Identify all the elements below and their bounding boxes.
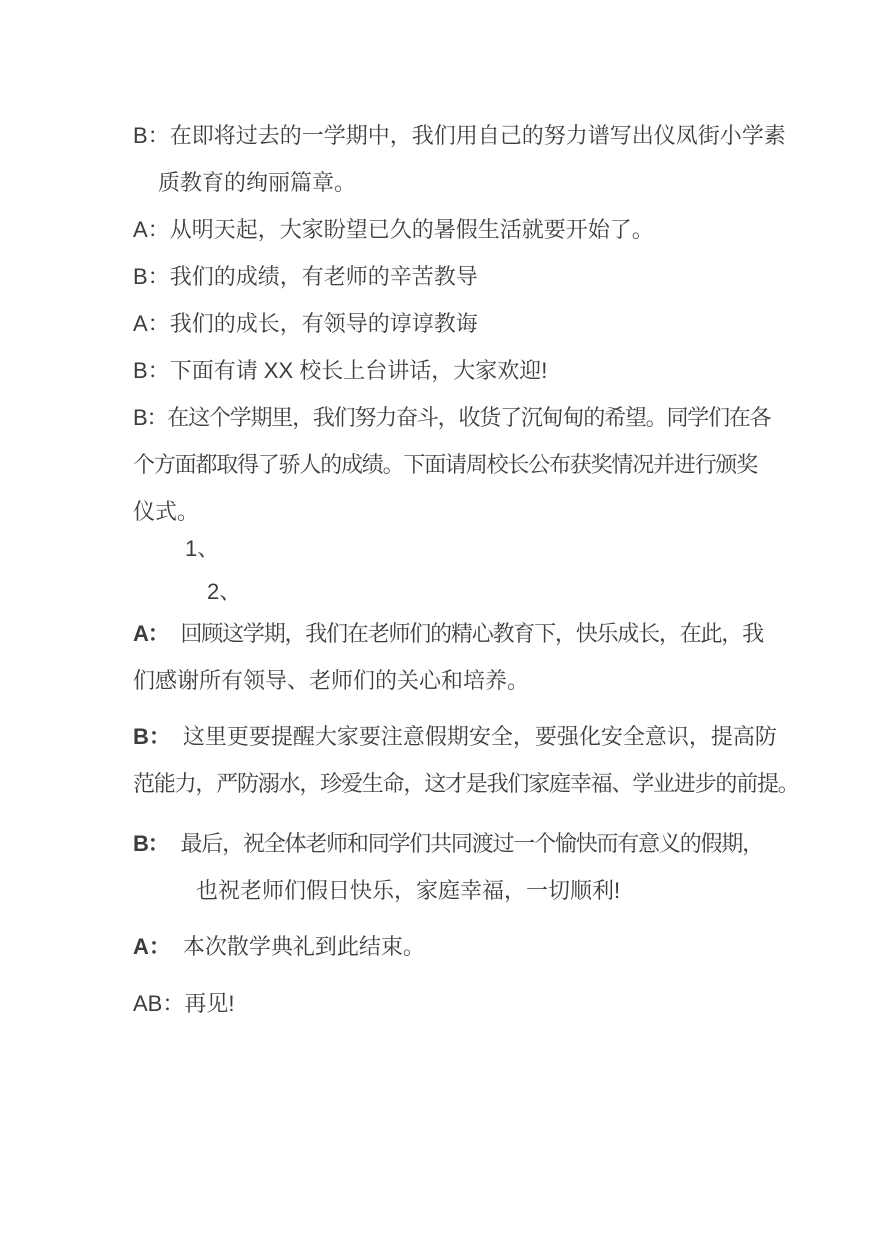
line-text: 仪式。 (133, 499, 199, 524)
speaker-label: B： (133, 123, 170, 148)
speaker-label: B： (133, 724, 171, 749)
script-line: B：下面有请 XX 校长上台讲话，大家欢迎! (133, 347, 773, 394)
line-text: 范能力，严防溺水，珍爱生命，这才是我们家庭幸福、学业进步的前提。 (133, 771, 799, 796)
speaker-label: B： (133, 264, 170, 289)
line-text: 从明天起，大家盼望已久的暑假生活就要开始了。 (170, 217, 654, 242)
script-text-block: B：在即将过去的一学期中，我们用自己的努力谱写出仪凤街小学素 质教育的绚丽篇章。… (133, 112, 773, 1027)
line-text: 最后，祝全体老师和同学们共同渡过一个愉快而有意义的假期， (181, 831, 763, 856)
line-text: 质教育的绚丽篇章。 (158, 170, 356, 195)
line-text: 这里更要提醒大家要注意假期安全，要强化安全意识，提高防 (183, 724, 777, 749)
line-text: 2、 (207, 579, 241, 604)
script-line: A：回顾这学期，我们在老师们的精心教育下，快乐成长，在此，我 (133, 610, 773, 657)
list-item-2: 2、 (133, 568, 773, 615)
script-line: 也祝老师们假日快乐，家庭幸福，一切顺利! (133, 867, 773, 914)
speaker-label: B： (133, 831, 169, 856)
script-line: A：从明天起，大家盼望已久的暑假生活就要开始了。 (133, 206, 773, 253)
line-text: 在这个学期里，我们努力奋斗，收货了沉甸甸的希望。同学们在各 (167, 405, 770, 430)
script-line: 个方面都取得了骄人的成绩。下面请周校长公布获奖情况并进行颁奖 (133, 441, 773, 488)
line-text: 我们的成绩，有老师的辛苦教导 (170, 264, 478, 289)
speaker-label: B： (133, 358, 170, 383)
line-text: 再见! (184, 991, 234, 1016)
line-text: 在即将过去的一学期中，我们用自己的努力谱写出仪凤街小学素 (170, 123, 786, 148)
line-text: 我们的成长，有领导的谆谆教诲 (170, 311, 478, 336)
line-text: 下面有请 XX 校长上台讲话，大家欢迎! (170, 358, 548, 383)
speaker-label: AB： (133, 991, 184, 1016)
script-line: A：我们的成长，有领导的谆谆教诲 (133, 300, 773, 347)
speaker-label: A： (133, 934, 171, 959)
script-line: B：最后，祝全体老师和同学们共同渡过一个愉快而有意义的假期， (133, 820, 773, 867)
script-line: B：我们的成绩，有老师的辛苦教导 (133, 253, 773, 300)
line-text: 们感谢所有领导、老师们的关心和培养。 (133, 668, 529, 693)
speaker-label: A： (133, 217, 170, 242)
script-line: 质教育的绚丽篇章。 (133, 159, 773, 206)
line-text: 1、 (185, 536, 219, 561)
script-line: B：这里更要提醒大家要注意假期安全，要强化安全意识，提高防 (133, 713, 773, 760)
document-page: B：在即将过去的一学期中，我们用自己的努力谱写出仪凤街小学素 质教育的绚丽篇章。… (0, 0, 884, 1250)
script-line: B：在这个学期里，我们努力奋斗，收货了沉甸甸的希望。同学们在各 (133, 394, 773, 441)
script-line: B：在即将过去的一学期中，我们用自己的努力谱写出仪凤街小学素 (133, 112, 773, 159)
script-line: 范能力，严防溺水，珍爱生命，这才是我们家庭幸福、学业进步的前提。 (133, 760, 773, 807)
script-line: A：本次散学典礼到此结束。 (133, 923, 773, 970)
line-text: 也祝老师们假日快乐，家庭幸福，一切顺利! (196, 878, 620, 903)
speaker-label: B： (133, 405, 167, 430)
line-text: 回顾这学期，我们在老师们的精心教育下，快乐成长，在此，我 (181, 621, 763, 646)
list-item-1: 1、 (133, 525, 773, 572)
speaker-label: A： (133, 311, 170, 336)
line-text: 个方面都取得了骄人的成绩。下面请周校长公布获奖情况并进行颁奖 (133, 452, 757, 477)
script-line: 们感谢所有领导、老师们的关心和培养。 (133, 657, 773, 704)
line-text: 本次散学典礼到此结束。 (183, 934, 425, 959)
speaker-label: A： (133, 621, 169, 646)
script-line: AB：再见! (133, 980, 773, 1027)
